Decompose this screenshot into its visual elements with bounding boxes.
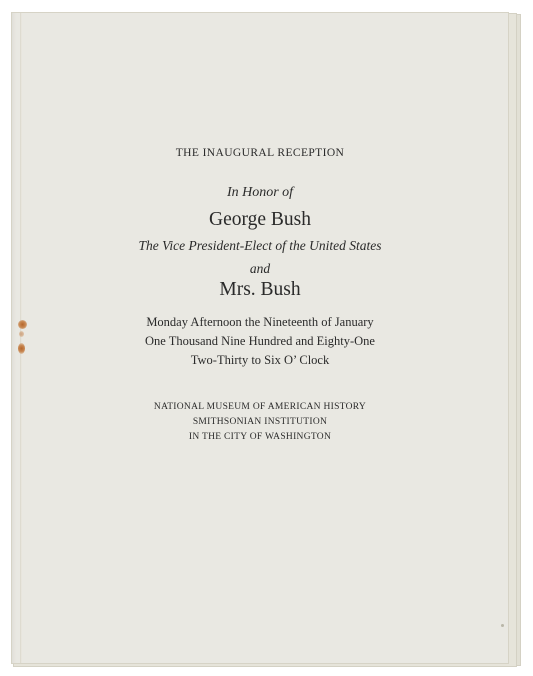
in-honor-of-text: In Honor of <box>12 185 508 201</box>
paper-speck <box>501 624 504 627</box>
invitation-heading: THE INAUGURAL RECEPTION <box>12 147 508 159</box>
honoree-name-1: George Bush <box>12 209 508 231</box>
venue-line-1: NATIONAL MUSEUM OF AMERICAN HISTORY <box>12 402 508 412</box>
venue-line-3: IN THE CITY OF WASHINGTON <box>12 432 508 442</box>
conjunction-text: and <box>12 261 508 277</box>
date-line-2: One Thousand Nine Hundred and Eighty-One <box>12 334 508 349</box>
date-line-1: Monday Afternoon the Nineteenth of Janua… <box>12 315 508 330</box>
invitation-page: THE INAUGURAL RECEPTION In Honor of Geor… <box>11 12 509 664</box>
honoree-name-2: Mrs. Bush <box>12 279 508 301</box>
venue-line-2: SMITHSONIAN INSTITUTION <box>12 417 508 427</box>
honoree-title: The Vice President-Elect of the United S… <box>12 238 508 254</box>
time-line: Two-Thirty to Six O’ Clock <box>12 353 508 368</box>
